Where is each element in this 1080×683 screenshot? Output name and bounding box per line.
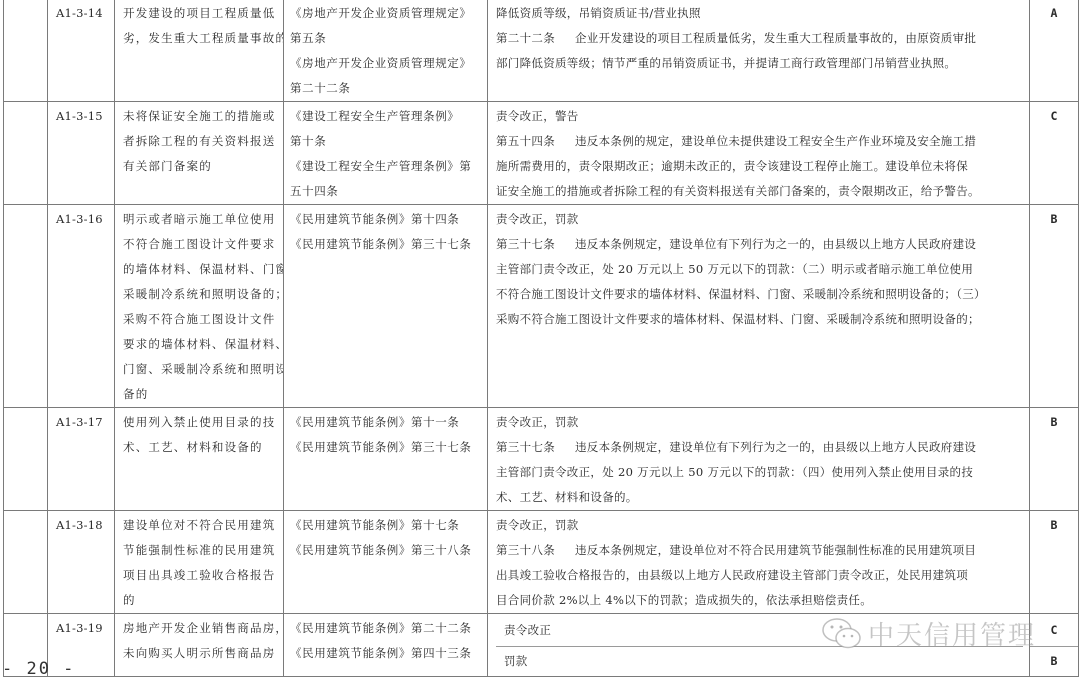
item-code: A1-3-16: [48, 205, 115, 408]
penalty-title: 责令改正，罚款: [496, 513, 1023, 538]
item-code: A1-3-17: [48, 408, 115, 511]
severity-level: B: [1030, 511, 1079, 614]
legal-basis: 《民用建筑节能条例》第十四条 《民用建筑节能条例》第三十七条: [284, 205, 488, 408]
page-number: - 20 -: [2, 659, 75, 679]
violation-description: 未将保证安全施工的措施或 者拆除工程的有关资料报送 有关部门备案的: [115, 102, 284, 205]
violation-description: 明示或者暗示施工单位使用 不符合施工图设计文件要求 的墙体材料、保温材料、门窗、…: [115, 205, 284, 408]
penalty-title: 责令改正，罚款: [496, 410, 1023, 435]
penalty-text: 责令改正，警告 第五十四条违反本条例的规定，建设单位未提供建设工程安全生产作业环…: [488, 102, 1030, 205]
severity-level-part: C: [1030, 616, 1078, 646]
table-row: A1-3-18 建设单位对不符合民用建筑 节能强制性标准的民用建筑 项目出具竣工…: [4, 511, 1079, 614]
legal-basis: 《民用建筑节能条例》第十七条 《民用建筑节能条例》第三十八条: [284, 511, 488, 614]
severity-level: C: [1030, 102, 1079, 205]
table-row: A1-3-15 未将保证安全施工的措施或 者拆除工程的有关资料报送 有关部门备案…: [4, 102, 1079, 205]
violation-description: 建设单位对不符合民用建筑 节能强制性标准的民用建筑 项目出具竣工验收合格报告 的: [115, 511, 284, 614]
article-number: 第五十四条: [496, 129, 555, 154]
legal-basis: 《民用建筑节能条例》第二十二条 《民用建筑节能条例》第四十三条: [284, 614, 488, 677]
penalty-part: 责令改正: [496, 616, 1023, 646]
table-row: A1-3-14 开发建设的项目工程质量低 劣，发生重大工程质量事故的 《房地产开…: [4, 0, 1079, 102]
legal-basis: 《民用建筑节能条例》第十一条 《民用建筑节能条例》第三十七条: [284, 408, 488, 511]
table-row: A1-3-17 使用列入禁止使用目录的技 术、工艺、材料和设备的 《民用建筑节能…: [4, 408, 1079, 511]
blank-cell: [4, 511, 48, 614]
severity-level: B: [1030, 205, 1079, 408]
penalty-text: 降低资质等级，吊销资质证书/营业执照 第二十二条企业开发建设的项目工程质量低劣，…: [488, 0, 1030, 102]
blank-cell: [4, 408, 48, 511]
regulation-table: A1-3-14 开发建设的项目工程质量低 劣，发生重大工程质量事故的 《房地产开…: [3, 0, 1079, 677]
violation-description: 房地产开发企业销售商品房， 未向购买人明示所售商品房: [115, 614, 284, 677]
legal-basis: 《房地产开发企业资质管理规定》 第五条 《房地产开发企业资质管理规定》 第二十二…: [284, 0, 488, 102]
legal-basis: 《建设工程安全生产管理条例》 第十条 《建设工程安全生产管理条例》第 五十四条: [284, 102, 488, 205]
blank-cell: [4, 0, 48, 102]
penalty-text: 责令改正 罚款: [488, 614, 1030, 677]
violation-description: 使用列入禁止使用目录的技 术、工艺、材料和设备的: [115, 408, 284, 511]
severity-level: C B: [1030, 614, 1079, 677]
item-code: A1-3-18: [48, 511, 115, 614]
item-code: A1-3-15: [48, 102, 115, 205]
penalty-part: 罚款: [496, 646, 1023, 676]
item-code: A1-3-14: [48, 0, 115, 102]
penalty-title: 降低资质等级，吊销资质证书/营业执照: [496, 1, 1023, 26]
article-number: 第三十八条: [496, 538, 555, 563]
violation-description: 开发建设的项目工程质量低 劣，发生重大工程质量事故的: [115, 0, 284, 102]
article-number: 第三十七条: [496, 435, 555, 460]
severity-level: B: [1030, 408, 1079, 511]
penalty-title: 责令改正，罚款: [496, 207, 1023, 232]
article-number: 第三十七条: [496, 232, 555, 257]
severity-level-part: B: [1030, 646, 1078, 676]
penalty-text: 责令改正，罚款 第三十七条违反本条例规定，建设单位有下列行为之一的，由县级以上地…: [488, 408, 1030, 511]
penalty-title: 责令改正，警告: [496, 104, 1023, 129]
severity-level: A: [1030, 0, 1079, 102]
article-number: 第二十二条: [496, 26, 555, 51]
blank-cell: [4, 102, 48, 205]
blank-cell: [4, 205, 48, 408]
penalty-text: 责令改正，罚款 第三十八条违反本条例规定，建设单位对不符合民用建筑节能强制性标准…: [488, 511, 1030, 614]
table-row: A1-3-16 明示或者暗示施工单位使用 不符合施工图设计文件要求 的墙体材料、…: [4, 205, 1079, 408]
table-row: A1-3-19 房地产开发企业销售商品房， 未向购买人明示所售商品房 《民用建筑…: [4, 614, 1079, 677]
document-page: A1-3-14 开发建设的项目工程质量低 劣，发生重大工程质量事故的 《房地产开…: [0, 0, 1080, 683]
penalty-text: 责令改正，罚款 第三十七条违反本条例规定，建设单位有下列行为之一的，由县级以上地…: [488, 205, 1030, 408]
